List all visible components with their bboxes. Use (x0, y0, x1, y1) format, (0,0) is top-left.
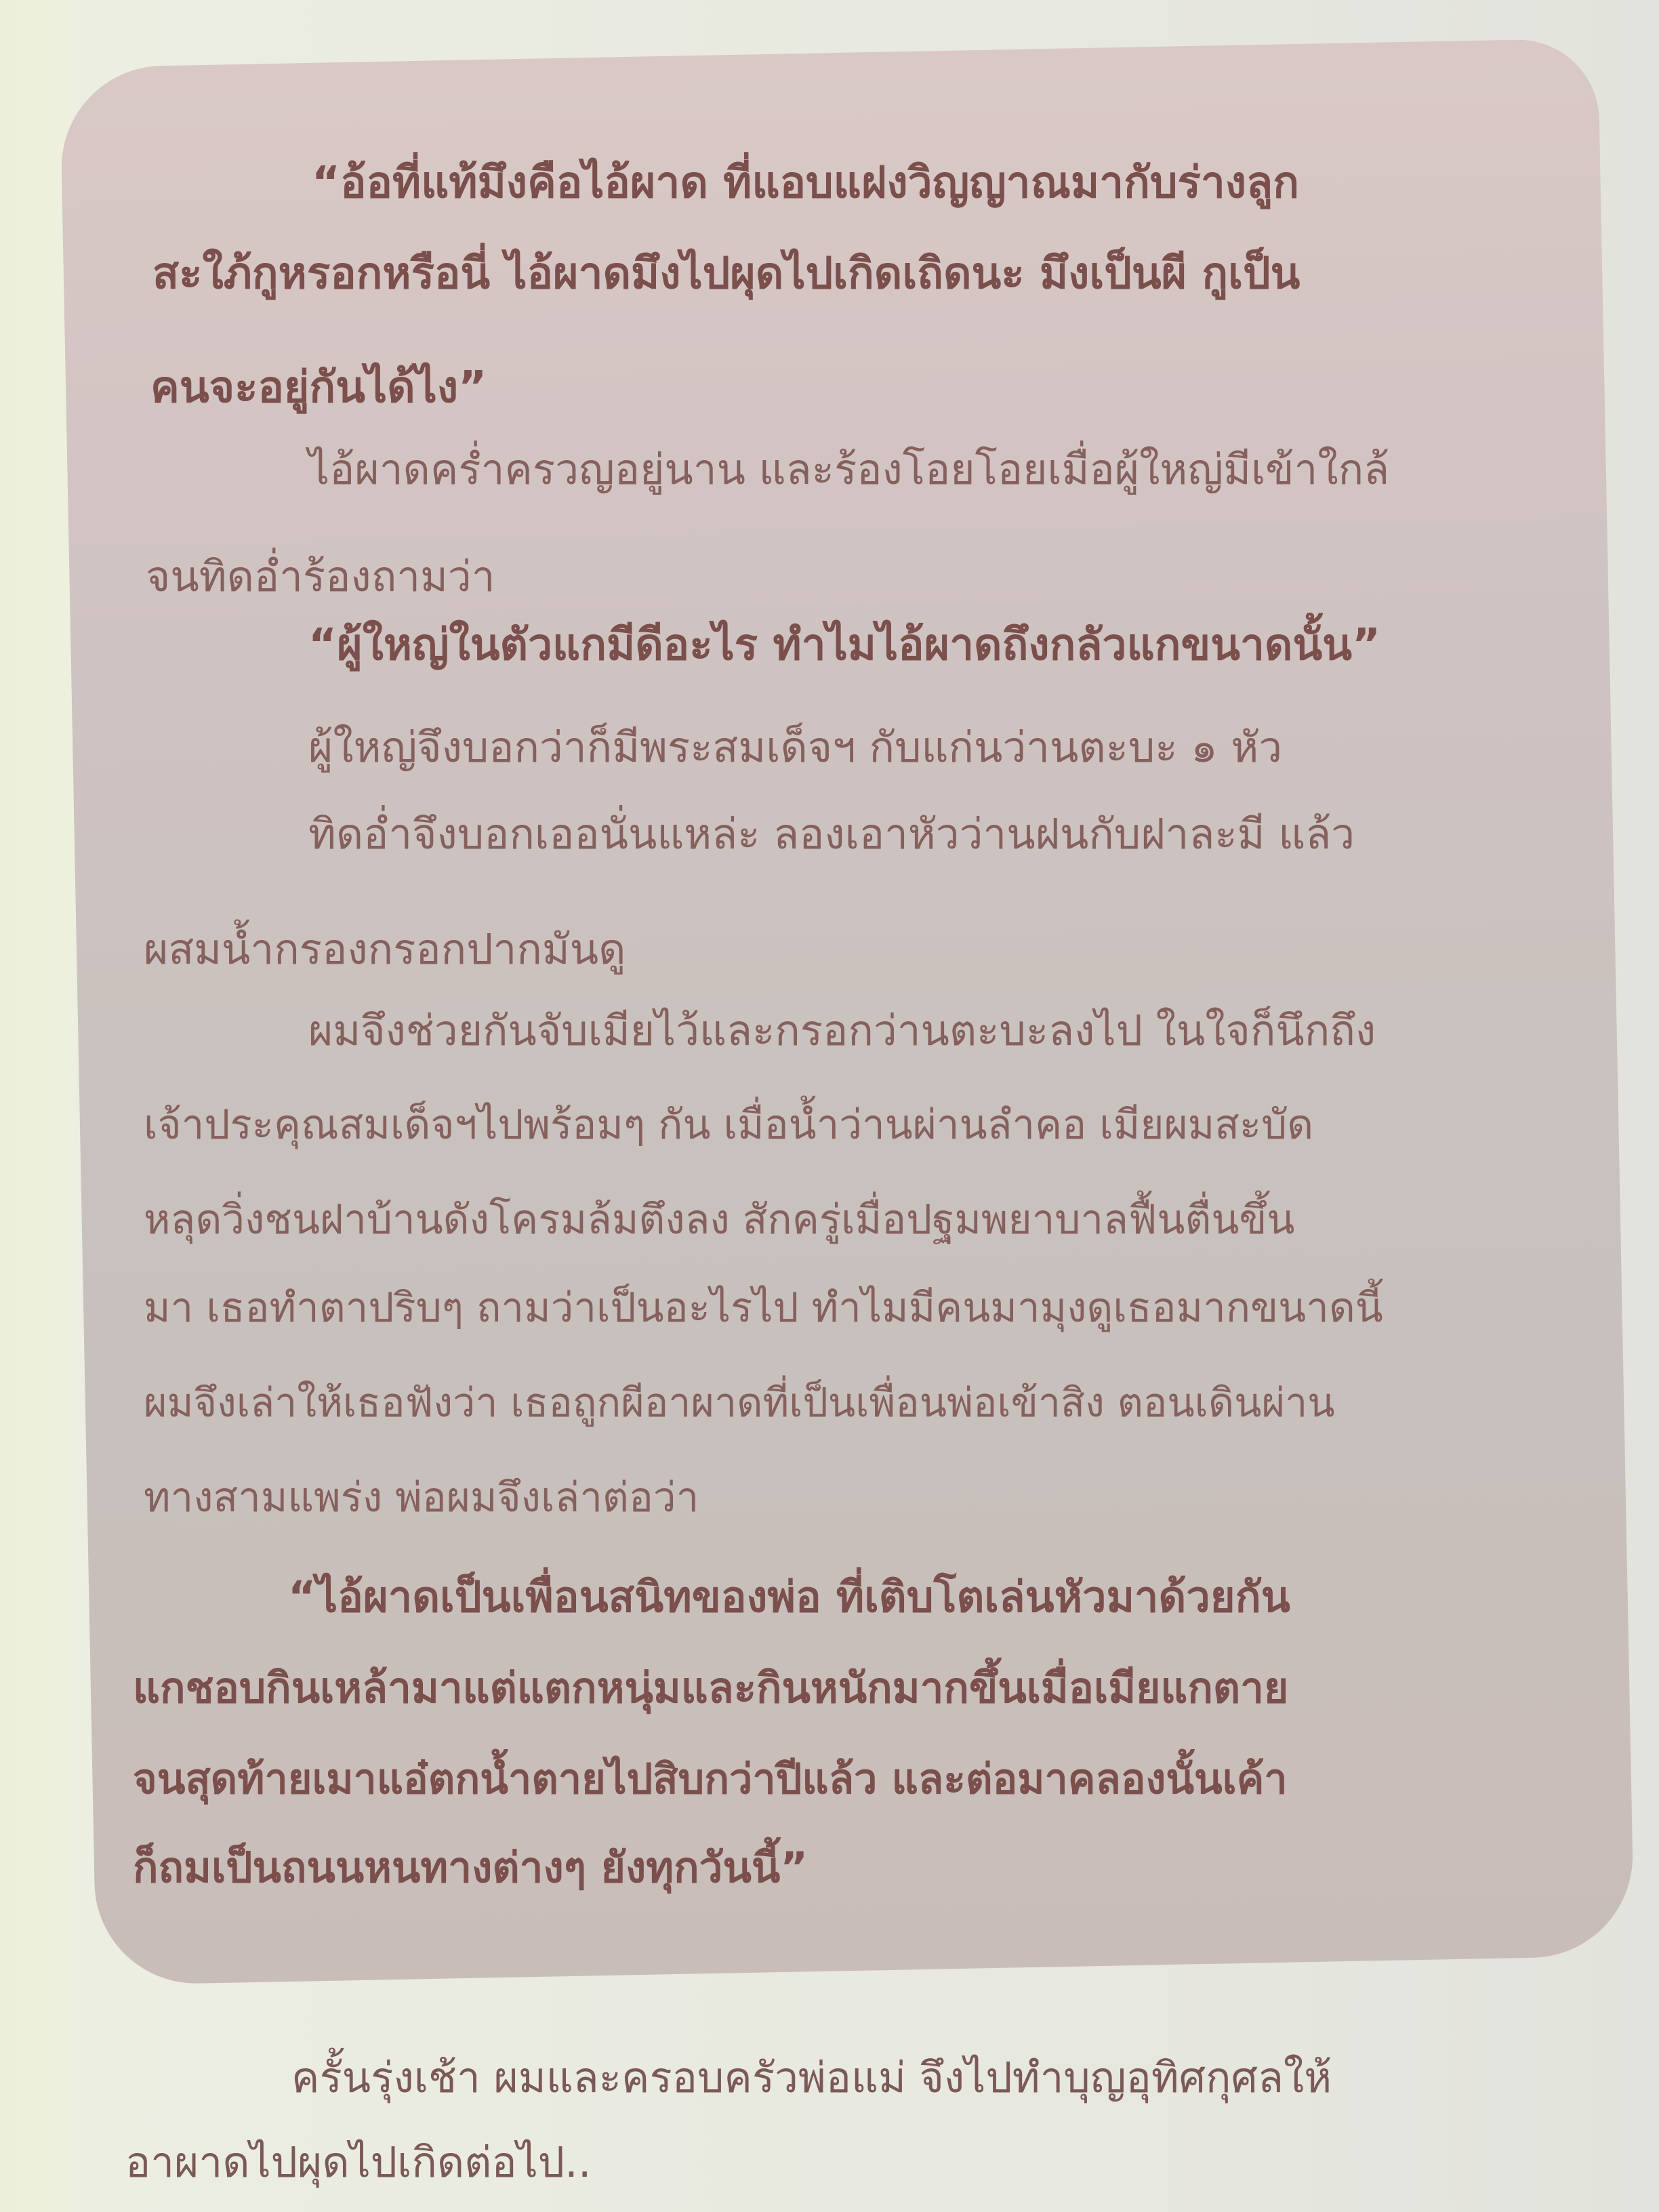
page-text: “อ้อที่แท้มึงคือไอ้ผาด ที่แอบแฝงวิญญาณมา… (0, 0, 1659, 2212)
passage-line-18: จนสุดท้ายเมาแอ๋ตกน้ำตายไปสิบกว่าปีแล้ว แ… (133, 1759, 1288, 1800)
passage-line-1: “อ้อที่แท้มึงคือไอ้ผาด ที่แอบแฝงวิญญาณมา… (312, 161, 1299, 205)
passage-line-10: ผมจึงช่วยกันจับเมียไว้และกรอกว่านตะบะลงไ… (308, 1010, 1376, 1052)
passage-line-13: มา เธอทำตาปริบๆ ถามว่าเป็นอะไรไป ทำไมมีค… (144, 1288, 1383, 1328)
passage-line-7: ผู้ใหญ่จึงบอกว่าก็มีพระสมเด็จฯ กับแก่นว่… (308, 726, 1282, 769)
passage-line-2: สะใภ้กูหรอกหรือนี่ ไอ้ผาดมึงไปผุดไปเกิดเ… (152, 252, 1300, 295)
passage-line-14: ผมจึงเล่าให้เธอฟังว่า เธอถูกผีอาผาดที่เป… (144, 1382, 1335, 1422)
passage-line-5: จนทิดอ่ำร้องถามว่า (146, 556, 495, 598)
passage-line-11: เจ้าประคุณสมเด็จฯไปพร้อมๆ กัน เมื่อน้ำว่… (144, 1105, 1313, 1145)
body-line-2: อาผาดไปผุดไปเกิดต่อไป.. (125, 2142, 592, 2184)
passage-line-4: ไอ้ผาดคร่ำครวญอยู่นาน และร้องโอยโอยเมื่อ… (308, 449, 1389, 491)
passage-line-19: ก็ถมเป็นถนนหนทางต่างๆ ยังทุกวันนี้” (133, 1847, 808, 1889)
passage-line-17: แกชอบกินเหล้ามาแต่แตกหนุ่มและกินหนักมากข… (133, 1667, 1288, 1709)
body-line-1: ครั้นรุ่งเช้า ผมและครอบครัวพ่อแม่ จึงไปท… (291, 2057, 1332, 2099)
passage-line-3: คนจะอยู่กันได้ไง” (150, 366, 487, 409)
passage-line-8: ทิดอ่ำจึงบอกเออนั่นแหล่ะ ลองเอาหัวว่านฝน… (308, 813, 1355, 855)
passage-line-12: หลุดวิ่งชนฝาบ้านดังโครมล้มตึงลง สักครู่เ… (144, 1200, 1294, 1240)
passage-line-6: “ผู้ใหญ่ในตัวแกมีดีอะไร ทำไมไอ้ผาดถึงกลั… (308, 623, 1380, 667)
passage-line-16: “ไอ้ผาดเป็นเพื่อนสนิทของพ่อ ที่เติบโตเล่… (288, 1576, 1290, 1618)
passage-line-9: ผสมน้ำกรองกรอกปากมันดู (144, 928, 626, 970)
passage-line-15: ทางสามแพร่ง พ่อผมจึงเล่าต่อว่า (144, 1477, 699, 1518)
